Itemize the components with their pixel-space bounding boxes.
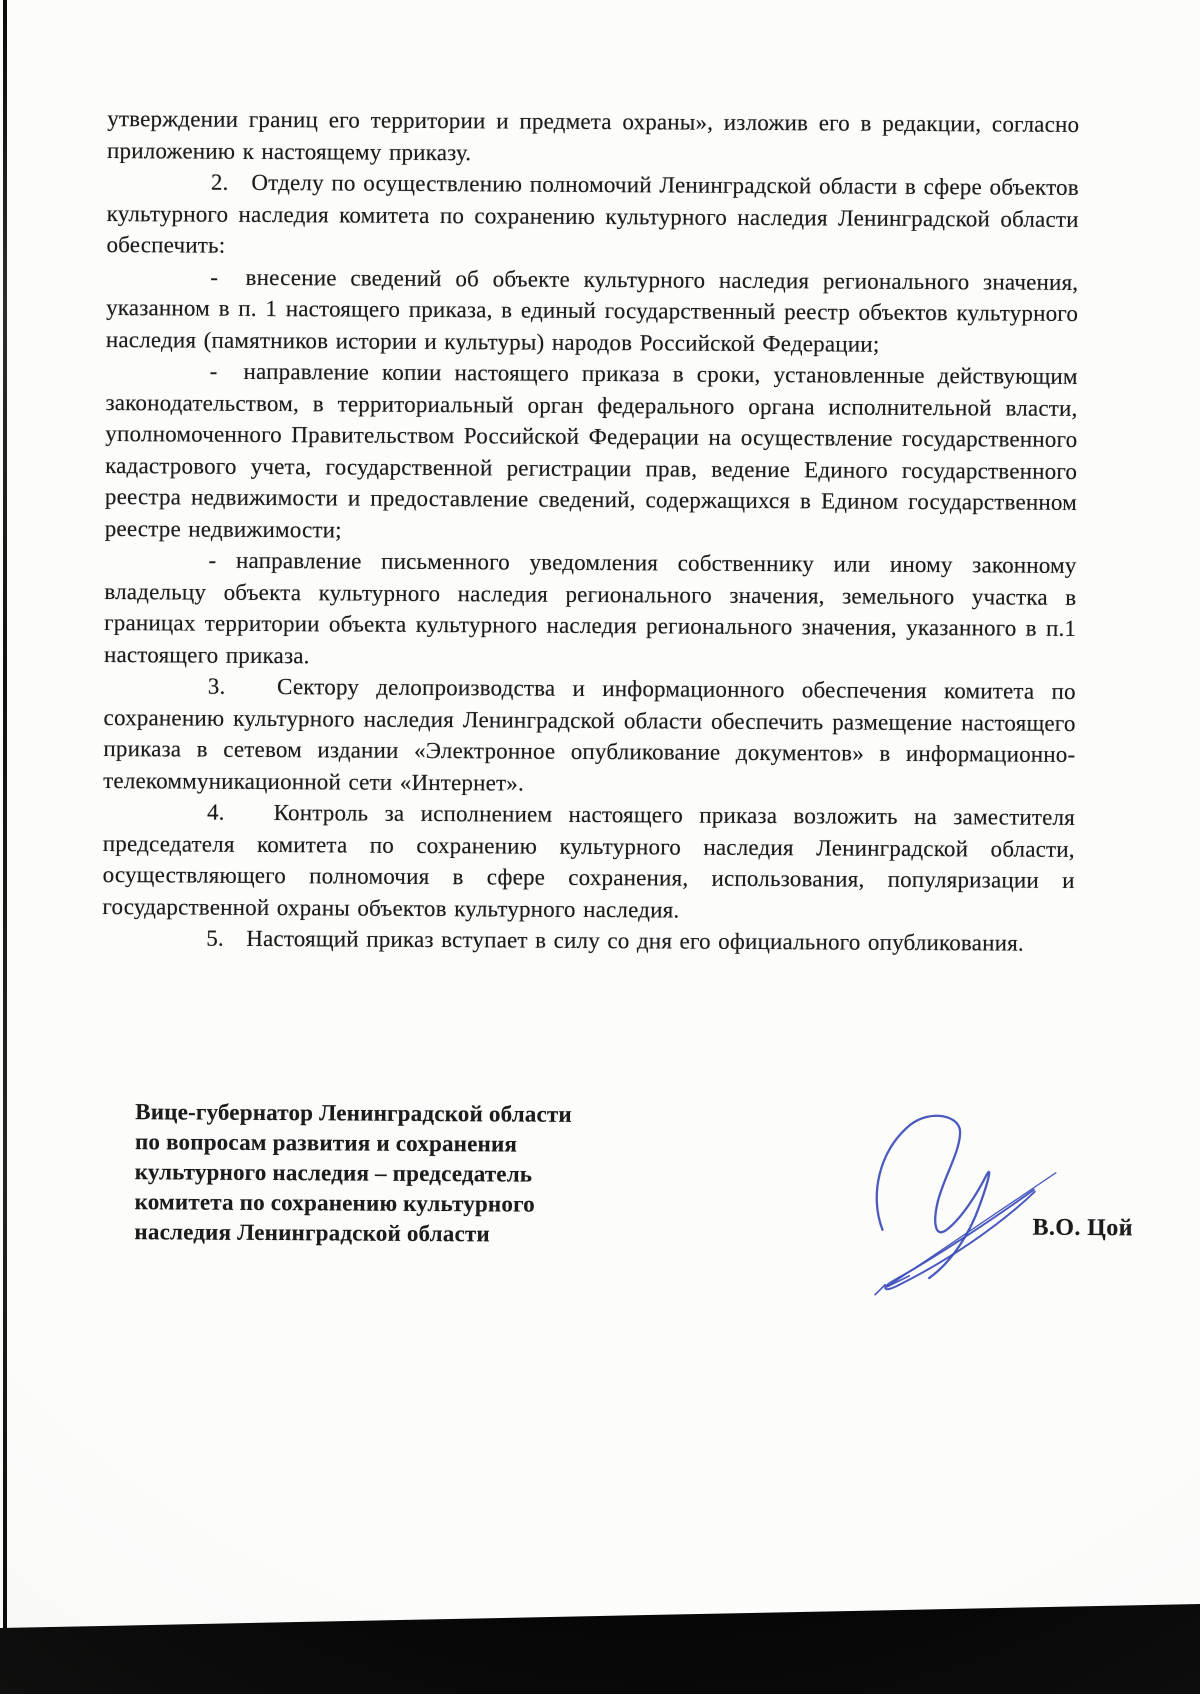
paragraph: - направление письменного уведомления со… bbox=[104, 544, 1077, 676]
signer-name: В.О. Цой bbox=[1032, 1215, 1133, 1243]
signature-title-line: наследия Ленинградской области bbox=[134, 1217, 571, 1250]
document-body: утверждении границ его территории и пред… bbox=[102, 103, 1079, 959]
paragraph: 2. Отделу по осуществлению полномочий Ле… bbox=[106, 166, 1079, 266]
scan-edge-left bbox=[3, 0, 7, 1694]
page-content: утверждении границ его территории и пред… bbox=[0, 0, 1200, 1694]
signature-title-line: культурного наследия – председатель bbox=[135, 1157, 572, 1190]
signature-title-line: комитета по сохранению культурного bbox=[135, 1187, 572, 1220]
signature-title-line: по вопросам развития и сохранения bbox=[135, 1127, 572, 1160]
paragraph: - внесение сведений об объекте культурно… bbox=[106, 260, 1079, 360]
signature-title-line: Вице-губернатор Ленинградской области bbox=[135, 1097, 572, 1130]
signature-block: Вице-губернатор Ленинградской областипо … bbox=[134, 1097, 572, 1250]
paragraph: 5. Настоящий приказ вступает в силу со д… bbox=[102, 922, 1074, 959]
scanned-page: утверждении границ его территории и пред… bbox=[0, 0, 1200, 1694]
paragraph: - направление копии настоящего приказа в… bbox=[105, 355, 1078, 550]
paragraph: 3. Сектору делопроизводства и информацио… bbox=[103, 670, 1076, 802]
paragraph: 4. Контроль за исполнением настоящего пр… bbox=[102, 796, 1075, 928]
signature-ink bbox=[847, 1077, 1088, 1308]
paragraph: утверждении границ его территории и пред… bbox=[107, 103, 1079, 172]
